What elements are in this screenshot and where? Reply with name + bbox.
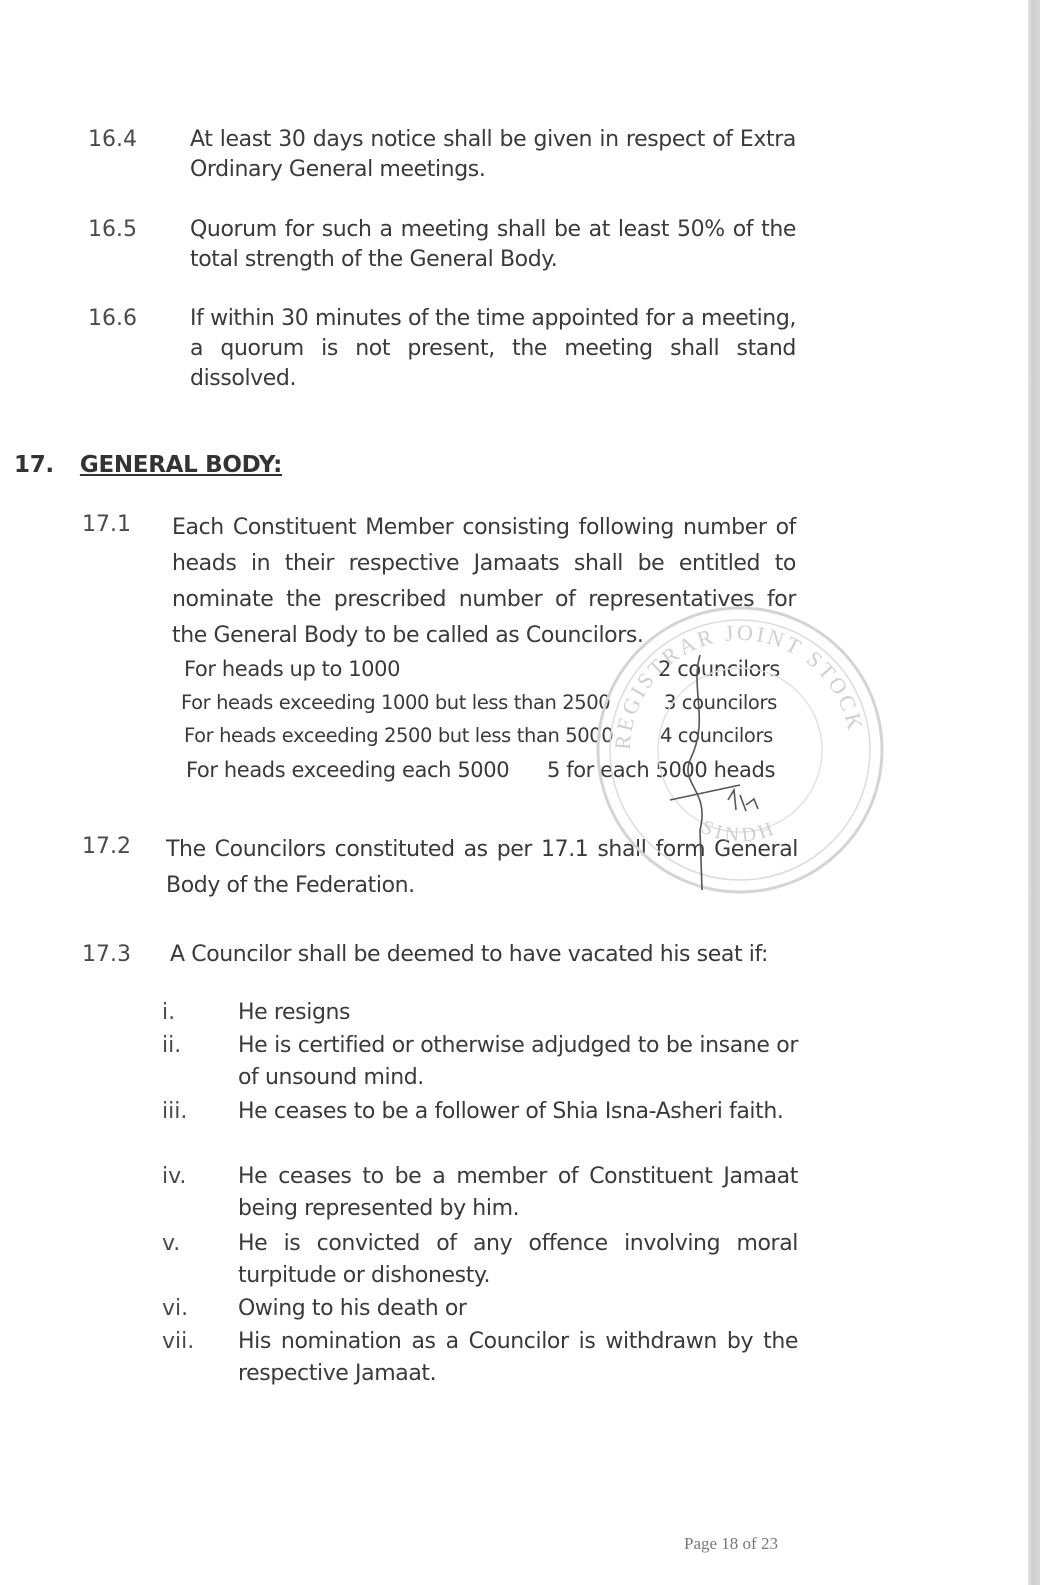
list-item: Owing to his death or <box>238 1293 798 1325</box>
schedule-allocation: 4 councilors <box>660 721 773 751</box>
list-marker: v. <box>162 1228 180 1260</box>
clause-16-4-text: At least 30 days notice shall be given i… <box>190 125 796 185</box>
clause-number-17-2: 17.2 <box>82 832 131 862</box>
list-marker: iii. <box>162 1096 187 1128</box>
list-item: He is certified or otherwise adjudged to… <box>238 1030 798 1094</box>
list-marker: vi. <box>162 1293 188 1325</box>
schedule-condition: For heads up to 1000 <box>184 654 400 684</box>
clause-17-2-text: The Councilors constituted as per 17.1 s… <box>166 832 798 904</box>
list-item: His nomination as a Councilor is withdra… <box>238 1326 798 1390</box>
schedule-condition: For heads exceeding 1000 but less than 2… <box>181 688 610 718</box>
schedule-allocation: 2 councilors <box>658 654 780 684</box>
clause-number-16-5: 16.5 <box>88 215 137 245</box>
page-edge-shadow <box>1028 0 1040 1585</box>
list-marker: vii. <box>162 1326 194 1358</box>
section-title: GENERAL BODY: <box>80 452 282 478</box>
list-item: He resigns <box>238 997 798 1029</box>
page-number: Page 18 of 23 <box>684 1534 778 1554</box>
list-marker: i. <box>162 997 175 1029</box>
schedule-allocation: 3 councilors <box>664 688 777 718</box>
list-item: He ceases to be a member of Constituent … <box>238 1161 798 1225</box>
list-marker: ii. <box>162 1030 181 1062</box>
list-item: He ceases to be a follower of Shia Isna-… <box>238 1096 798 1128</box>
clause-17-3-text: A Councilor shall be deemed to have vaca… <box>170 940 800 970</box>
section-heading-17: 17.GENERAL BODY: <box>14 452 282 478</box>
clause-number-16-4: 16.4 <box>88 125 137 155</box>
clause-17-1-text: Each Constituent Member consisting follo… <box>172 510 796 654</box>
schedule-condition: For heads exceeding 2500 but less than 5… <box>184 721 613 751</box>
clause-16-5-text: Quorum for such a meeting shall be at le… <box>190 215 796 275</box>
clause-number-17-3: 17.3 <box>82 940 131 970</box>
list-marker: iv. <box>162 1161 186 1193</box>
schedule-allocation: 5 for each 5000 heads <box>547 755 775 785</box>
clause-number-16-6: 16.6 <box>88 304 137 334</box>
section-number: 17. <box>14 452 54 478</box>
clause-number-17-1: 17.1 <box>82 510 131 540</box>
list-item: He is convicted of any offence involving… <box>238 1228 798 1292</box>
clause-16-6-text: If within 30 minutes of the time appoint… <box>190 304 796 394</box>
schedule-condition: For heads exceeding each 5000 <box>186 755 509 785</box>
